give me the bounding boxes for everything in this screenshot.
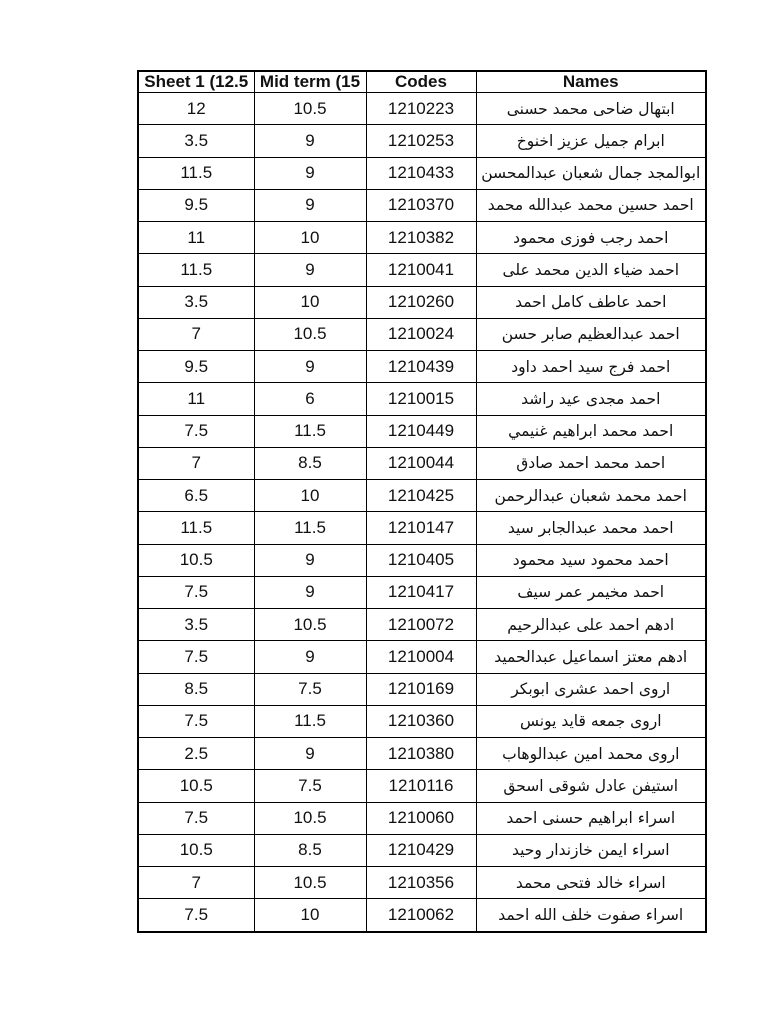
student-code-cell: 1210360 <box>366 705 476 737</box>
table-row: 3.5 9 1210253 ابرام جميل عزيز اخنوخ <box>138 125 706 157</box>
midterm-score-cell: 10 <box>254 222 366 254</box>
sheet1-score-cell: 6.5 <box>138 480 254 512</box>
student-code-cell: 1210015 <box>366 383 476 415</box>
student-code-cell: 1210417 <box>366 576 476 608</box>
table-row: 2.5 9 1210380 اروى محمد امين عبدالوهاب <box>138 738 706 770</box>
sheet1-score-cell: 3.5 <box>138 286 254 318</box>
grades-table: Sheet 1 (12.5 Mid term (15 Codes Names 1… <box>137 70 707 933</box>
student-code-cell: 1210169 <box>366 673 476 705</box>
table-row: 7.5 10 1210062 اسراء صفوت خلف الله احمد <box>138 899 706 932</box>
student-code-cell: 1210024 <box>366 318 476 350</box>
table-row: 10.5 7.5 1210116 استيفن عادل شوقى اسحق <box>138 770 706 802</box>
sheet1-score-cell: 7.5 <box>138 899 254 932</box>
student-name-cell: ابتهال ضاحى محمد حسنى <box>476 93 706 125</box>
student-name-cell: ادهم احمد على عبدالرحيم <box>476 609 706 641</box>
student-code-cell: 1210433 <box>366 157 476 189</box>
sheet1-score-cell: 9.5 <box>138 189 254 221</box>
midterm-score-cell: 9 <box>254 544 366 576</box>
sheet1-score-cell: 11.5 <box>138 512 254 544</box>
student-code-cell: 1210041 <box>366 254 476 286</box>
midterm-score-cell: 9 <box>254 738 366 770</box>
student-name-cell: استيفن عادل شوقى اسحق <box>476 770 706 802</box>
student-name-cell: احمد عبدالعظيم صابر حسن <box>476 318 706 350</box>
midterm-score-cell: 9 <box>254 125 366 157</box>
student-name-cell: احمد ضياء الدين محمد على <box>476 254 706 286</box>
student-name-cell: احمد عاطف كامل احمد <box>476 286 706 318</box>
midterm-score-cell: 6 <box>254 383 366 415</box>
column-header-midterm: Mid term (15 <box>254 71 366 93</box>
table-row: 3.5 10.5 1210072 ادهم احمد على عبدالرحيم <box>138 609 706 641</box>
student-code-cell: 1210405 <box>366 544 476 576</box>
midterm-score-cell: 10.5 <box>254 867 366 899</box>
header-row: Sheet 1 (12.5 Mid term (15 Codes Names <box>138 71 706 93</box>
table-row: 7 8.5 1210044 احمد محمد احمد صادق <box>138 447 706 479</box>
sheet1-score-cell: 3.5 <box>138 609 254 641</box>
sheet1-score-cell: 11.5 <box>138 157 254 189</box>
table-row: 7.5 9 1210004 ادهم معتز اسماعيل عبدالحمي… <box>138 641 706 673</box>
student-code-cell: 1210425 <box>366 480 476 512</box>
student-name-cell: احمد محمود سيد محمود <box>476 544 706 576</box>
sheet1-score-cell: 2.5 <box>138 738 254 770</box>
student-name-cell: اسراء صفوت خلف الله احمد <box>476 899 706 932</box>
sheet1-score-cell: 12 <box>138 93 254 125</box>
student-code-cell: 1210116 <box>366 770 476 802</box>
sheet1-score-cell: 7 <box>138 447 254 479</box>
midterm-score-cell: 10 <box>254 899 366 932</box>
midterm-score-cell: 9 <box>254 189 366 221</box>
table-row: 9.5 9 1210439 احمد فرج سيد احمد داود <box>138 351 706 383</box>
student-code-cell: 1210044 <box>366 447 476 479</box>
midterm-score-cell: 10.5 <box>254 609 366 641</box>
student-code-cell: 1210260 <box>366 286 476 318</box>
student-name-cell: احمد فرج سيد احمد داود <box>476 351 706 383</box>
student-code-cell: 1210382 <box>366 222 476 254</box>
table-row: 11.5 9 1210041 احمد ضياء الدين محمد على <box>138 254 706 286</box>
midterm-score-cell: 11.5 <box>254 512 366 544</box>
student-name-cell: احمد مخيمر عمر سيف <box>476 576 706 608</box>
sheet1-score-cell: 7.5 <box>138 705 254 737</box>
table-row: 10.5 9 1210405 احمد محمود سيد محمود <box>138 544 706 576</box>
table-body: 12 10.5 1210223 ابتهال ضاحى محمد حسنى 3.… <box>138 93 706 933</box>
midterm-score-cell: 9 <box>254 576 366 608</box>
column-header-sheet1: Sheet 1 (12.5 <box>138 71 254 93</box>
student-code-cell: 1210253 <box>366 125 476 157</box>
midterm-score-cell: 10 <box>254 480 366 512</box>
sheet1-score-cell: 7.5 <box>138 576 254 608</box>
sheet1-score-cell: 11 <box>138 222 254 254</box>
sheet1-score-cell: 7.5 <box>138 802 254 834</box>
student-name-cell: احمد مجدى عيد راشد <box>476 383 706 415</box>
table-row: 7.5 9 1210417 احمد مخيمر عمر سيف <box>138 576 706 608</box>
table-row: 7.5 10.5 1210060 اسراء ابراهيم حسنى احمد <box>138 802 706 834</box>
sheet1-score-cell: 11 <box>138 383 254 415</box>
table-row: 12 10.5 1210223 ابتهال ضاحى محمد حسنى <box>138 93 706 125</box>
student-name-cell: احمد رجب فوزى محمود <box>476 222 706 254</box>
sheet1-score-cell: 3.5 <box>138 125 254 157</box>
midterm-score-cell: 11.5 <box>254 415 366 447</box>
student-name-cell: اروى جمعه قايد يونس <box>476 705 706 737</box>
student-name-cell: ادهم معتز اسماعيل عبدالحميد <box>476 641 706 673</box>
student-name-cell: اسراء خالد فتحى محمد <box>476 867 706 899</box>
midterm-score-cell: 10 <box>254 286 366 318</box>
midterm-score-cell: 9 <box>254 641 366 673</box>
table-row: 7 10.5 1210024 احمد عبدالعظيم صابر حسن <box>138 318 706 350</box>
student-code-cell: 1210223 <box>366 93 476 125</box>
table-row: 11.5 11.5 1210147 احمد محمد عبدالجابر سي… <box>138 512 706 544</box>
midterm-score-cell: 10.5 <box>254 802 366 834</box>
table-row: 3.5 10 1210260 احمد عاطف كامل احمد <box>138 286 706 318</box>
student-name-cell: ابوالمجد جمال شعبان عبدالمحسن <box>476 157 706 189</box>
midterm-score-cell: 7.5 <box>254 770 366 802</box>
midterm-score-cell: 8.5 <box>254 834 366 866</box>
student-code-cell: 1210147 <box>366 512 476 544</box>
table-row: 7.5 11.5 1210360 اروى جمعه قايد يونس <box>138 705 706 737</box>
midterm-score-cell: 10.5 <box>254 318 366 350</box>
sheet1-score-cell: 10.5 <box>138 544 254 576</box>
table-row: 11 6 1210015 احمد مجدى عيد راشد <box>138 383 706 415</box>
student-code-cell: 1210060 <box>366 802 476 834</box>
sheet1-score-cell: 11.5 <box>138 254 254 286</box>
sheet1-score-cell: 7 <box>138 867 254 899</box>
table-header: Sheet 1 (12.5 Mid term (15 Codes Names <box>138 71 706 93</box>
student-name-cell: احمد محمد ابراهيم غنيمي <box>476 415 706 447</box>
student-code-cell: 1210380 <box>366 738 476 770</box>
midterm-score-cell: 11.5 <box>254 705 366 737</box>
student-code-cell: 1210356 <box>366 867 476 899</box>
sheet1-score-cell: 7 <box>138 318 254 350</box>
table-row: 6.5 10 1210425 احمد محمد شعبان عبدالرحمن <box>138 480 706 512</box>
midterm-score-cell: 8.5 <box>254 447 366 479</box>
student-name-cell: احمد محمد عبدالجابر سيد <box>476 512 706 544</box>
sheet1-score-cell: 10.5 <box>138 770 254 802</box>
student-name-cell: احمد محمد احمد صادق <box>476 447 706 479</box>
table-row: 8.5 7.5 1210169 اروى احمد عشرى ابوبكر <box>138 673 706 705</box>
table-row: 9.5 9 1210370 احمد حسين محمد عبدالله محم… <box>138 189 706 221</box>
student-name-cell: اروى احمد عشرى ابوبكر <box>476 673 706 705</box>
midterm-score-cell: 10.5 <box>254 93 366 125</box>
midterm-score-cell: 9 <box>254 254 366 286</box>
student-name-cell: احمد حسين محمد عبدالله محمد <box>476 189 706 221</box>
table-row: 11.5 9 1210433 ابوالمجد جمال شعبان عبدال… <box>138 157 706 189</box>
student-name-cell: اسراء ابراهيم حسنى احمد <box>476 802 706 834</box>
table-row: 11 10 1210382 احمد رجب فوزى محمود <box>138 222 706 254</box>
student-code-cell: 1210072 <box>366 609 476 641</box>
student-name-cell: اسراء ايمن خازندار وحيد <box>476 834 706 866</box>
table-row: 7.5 11.5 1210449 احمد محمد ابراهيم غنيمي <box>138 415 706 447</box>
column-header-names: Names <box>476 71 706 93</box>
student-code-cell: 1210370 <box>366 189 476 221</box>
student-code-cell: 1210449 <box>366 415 476 447</box>
table-row: 10.5 8.5 1210429 اسراء ايمن خازندار وحيد <box>138 834 706 866</box>
student-code-cell: 1210062 <box>366 899 476 932</box>
sheet1-score-cell: 8.5 <box>138 673 254 705</box>
student-name-cell: احمد محمد شعبان عبدالرحمن <box>476 480 706 512</box>
sheet1-score-cell: 10.5 <box>138 834 254 866</box>
midterm-score-cell: 7.5 <box>254 673 366 705</box>
student-code-cell: 1210429 <box>366 834 476 866</box>
student-name-cell: ابرام جميل عزيز اخنوخ <box>476 125 706 157</box>
sheet1-score-cell: 9.5 <box>138 351 254 383</box>
student-code-cell: 1210439 <box>366 351 476 383</box>
sheet1-score-cell: 7.5 <box>138 415 254 447</box>
document-page: Sheet 1 (12.5 Mid term (15 Codes Names 1… <box>0 0 768 1024</box>
midterm-score-cell: 9 <box>254 351 366 383</box>
table-row: 7 10.5 1210356 اسراء خالد فتحى محمد <box>138 867 706 899</box>
student-code-cell: 1210004 <box>366 641 476 673</box>
sheet1-score-cell: 7.5 <box>138 641 254 673</box>
student-name-cell: اروى محمد امين عبدالوهاب <box>476 738 706 770</box>
midterm-score-cell: 9 <box>254 157 366 189</box>
column-header-codes: Codes <box>366 71 476 93</box>
